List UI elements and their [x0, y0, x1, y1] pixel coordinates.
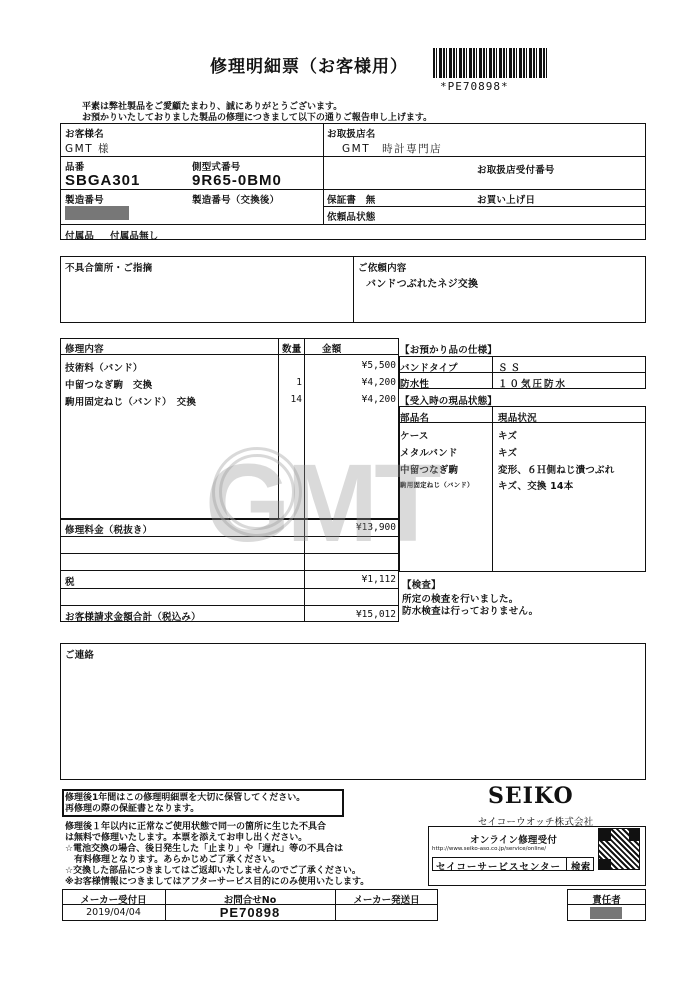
- purchase-date-label: お買い上げ日: [477, 192, 535, 206]
- search-term: セイコーサービスセンター: [436, 859, 561, 873]
- model-value: SBGA301: [65, 172, 140, 189]
- repair-item-content: 中留つなぎ駒 交換: [65, 377, 152, 391]
- condition-status: キズ: [498, 445, 517, 459]
- customer-name-value: GMT 様: [65, 141, 110, 156]
- repair-item-content: 駒用固定ねじ（バンド） 交換: [65, 394, 196, 408]
- notice-line: ※お客様情報につきましてはアフターサービス目的にのみ使用いたします。: [65, 876, 369, 888]
- spec-label: バンドタイプ: [400, 360, 458, 374]
- maker-received-value: 2019/04/04: [62, 907, 165, 918]
- divider: [60, 224, 646, 225]
- contact-box: [60, 643, 646, 780]
- inspection-line-2: 防水検査は行っておりません。: [402, 603, 538, 617]
- condition-part: メタルバンド: [400, 445, 458, 459]
- intro-line-2: お預かりいたしておりました製品の修理につきまして以下の通りご報告申し上げます。: [82, 110, 432, 123]
- dealer-label: お取扱店名: [327, 126, 376, 140]
- condition-label: 依頼品状態: [327, 209, 376, 223]
- divider: [60, 354, 399, 355]
- inspection-label: 【検査】: [402, 577, 441, 591]
- divider: [60, 536, 399, 537]
- serial-label: 製造番号: [65, 192, 104, 206]
- maker-shipped-label: メーカー発送日: [335, 892, 438, 906]
- case-number-label: 側型式番号: [192, 159, 241, 173]
- repair-item-amount: ¥4,200: [306, 394, 396, 405]
- case-number-value: 9R65-0BM0: [192, 172, 282, 189]
- search-button[interactable]: 検索: [571, 859, 590, 873]
- dealer-value: GMT 時計専門店: [342, 141, 442, 156]
- divider: [323, 123, 324, 224]
- defect-label: 不具合箇所・ご指摘: [65, 260, 152, 274]
- serial-after-label: 製造番号（交換後）: [192, 192, 279, 206]
- repair-item-amount: ¥4,200: [306, 377, 396, 388]
- request-label: ご依頼内容: [358, 260, 407, 274]
- dealer-receipt-label: お取扱店受付番号: [477, 162, 555, 176]
- divider: [278, 338, 279, 518]
- divider: [60, 570, 399, 571]
- seiko-logo: SEIKO: [488, 783, 574, 809]
- repair-item-content: 技術料（バンド）: [65, 360, 143, 374]
- maker-received-label: メーカー受付日: [62, 892, 165, 906]
- inquiry-no-label: お問合せNo: [165, 892, 335, 906]
- barcode: [433, 48, 548, 78]
- subtotal-value: ¥13,900: [306, 522, 396, 533]
- document-title: 修理明細票（お客様用）: [210, 52, 408, 77]
- qr-code-icon[interactable]: [598, 828, 640, 870]
- tax-value: ¥1,112: [306, 574, 396, 585]
- model-label: 品番: [65, 159, 84, 173]
- divider: [60, 518, 399, 520]
- divider: [566, 857, 567, 871]
- specs-section-label: 【お預かり品の仕様】: [400, 342, 497, 356]
- divider: [353, 256, 354, 323]
- contact-label: ご連絡: [65, 647, 94, 661]
- total-value: ¥15,012: [306, 609, 396, 620]
- customer-name-label: お客様名: [65, 126, 104, 140]
- condition-status: 変形、６Ｈ側ねじ潰つぶれ: [498, 462, 614, 476]
- accessories-value: 付属品無し: [110, 228, 159, 242]
- spec-value: １０気圧防水: [498, 376, 567, 390]
- online-repair-title: オンライン修理受付: [470, 832, 557, 846]
- repair-amount-header: 金額: [322, 341, 341, 355]
- divider: [492, 406, 493, 572]
- divider: [323, 206, 646, 207]
- redacted-serial: [65, 206, 129, 220]
- request-value: バンドつぶれたネジ交換: [366, 275, 478, 290]
- accessories-label: 付属品: [65, 228, 94, 242]
- condition-status: キズ、交換 14本: [498, 478, 573, 492]
- tax-label: 税: [65, 574, 75, 588]
- barcode-number: *PE70898*: [440, 80, 509, 93]
- repair-item-qty: 1: [280, 377, 302, 388]
- repair-item-amount: ¥5,500: [306, 360, 396, 371]
- warranty-label: 保証書 無: [327, 192, 376, 206]
- divider: [60, 189, 646, 190]
- condition-part: ケース: [400, 428, 429, 442]
- status-header: 現品状況: [498, 410, 537, 424]
- notice-boxed-line-2: 再修理の際の保証書となります。: [65, 803, 199, 815]
- inquiry-no-value: PE70898: [165, 905, 335, 920]
- divider: [60, 588, 399, 589]
- subtotal-label: 修理料金（税抜き）: [65, 522, 152, 536]
- condition-part: 中留つなぎ駒: [400, 462, 458, 476]
- divider: [60, 605, 399, 606]
- repair-item-qty: 14: [280, 394, 302, 405]
- repair-qty-header: 数量: [282, 341, 301, 355]
- condition-section-label: 【受入時の現品状態】: [400, 393, 497, 407]
- responsible-label: 責任者: [567, 892, 646, 906]
- total-label: お客様請求金額合計（税込み）: [65, 609, 201, 623]
- redacted-responsible: [590, 907, 622, 919]
- spec-value: ＳＳ: [498, 360, 523, 374]
- divider: [60, 553, 399, 554]
- spec-label: 防水性: [400, 376, 429, 390]
- condition-status: キズ: [498, 428, 517, 442]
- divider: [60, 156, 646, 157]
- repair-content-header: 修理内容: [65, 341, 104, 355]
- divider: [492, 356, 493, 389]
- divider: [304, 338, 305, 622]
- online-repair-url[interactable]: http://www.seiko-aso.co.jp/service/onlin…: [432, 846, 546, 852]
- condition-part: 駒用固定ねじ（バンド）: [400, 480, 474, 489]
- part-header: 部品名: [400, 410, 429, 424]
